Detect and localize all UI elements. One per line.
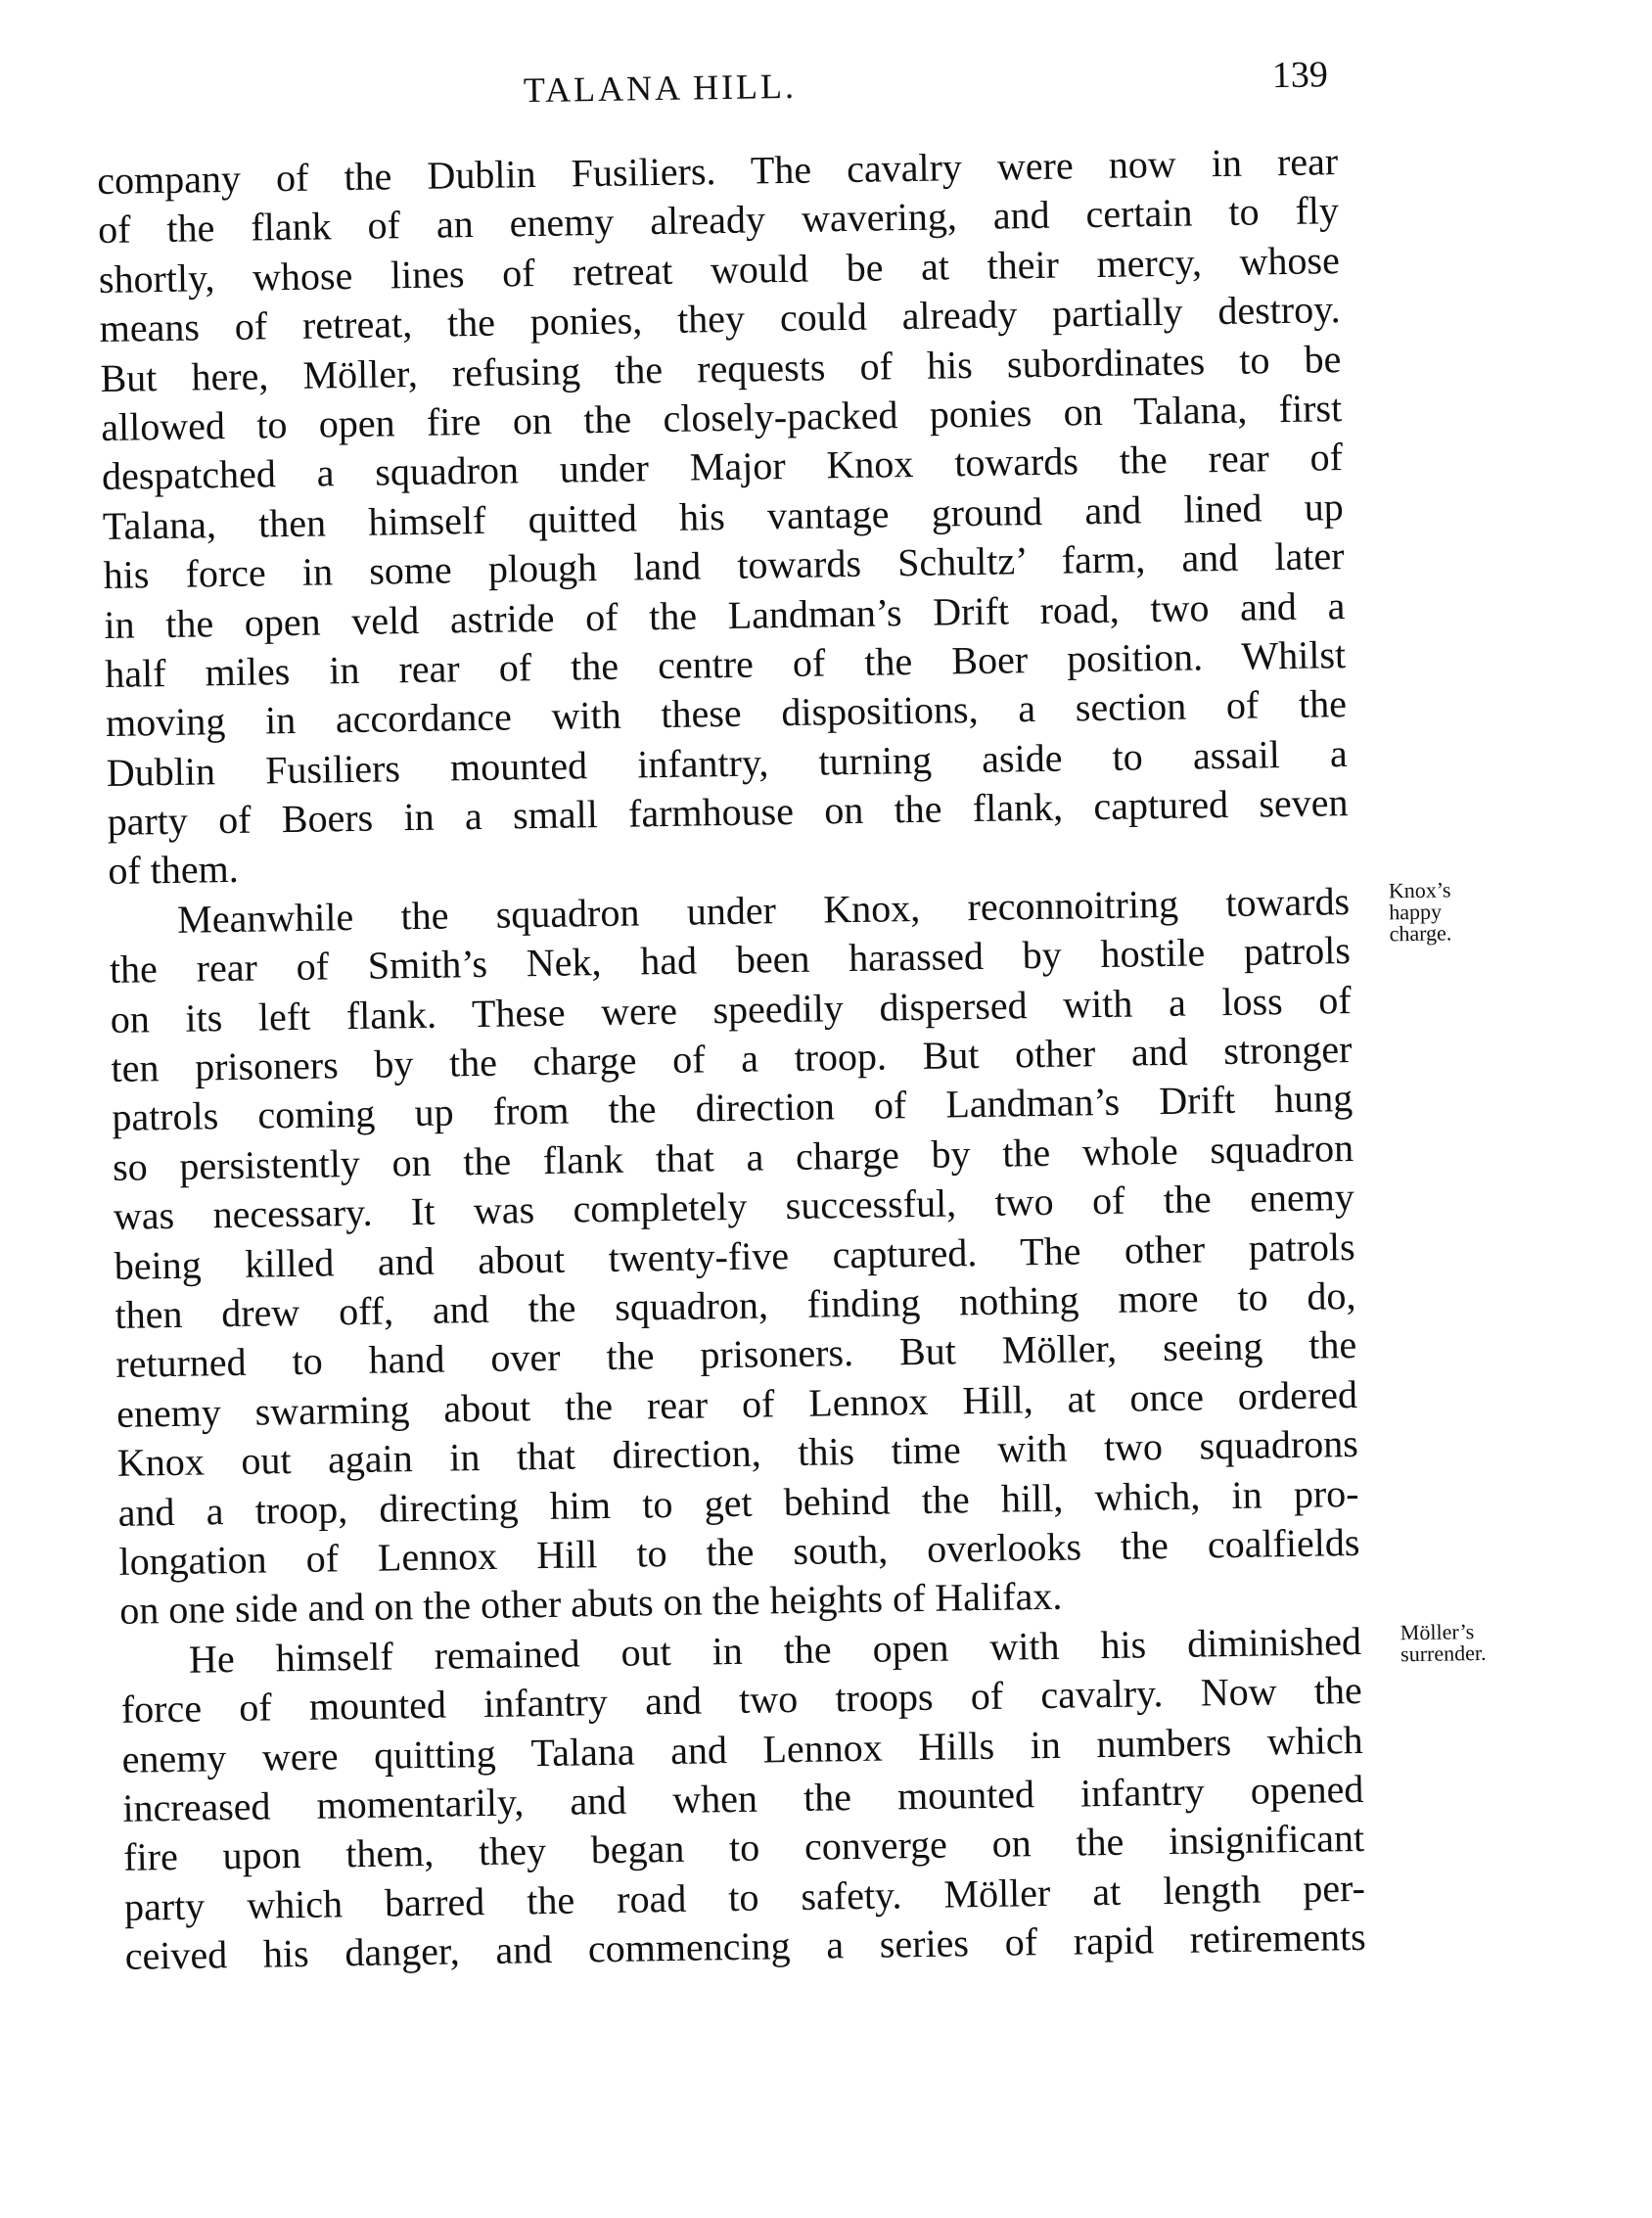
running-head: TALANA HILL. (524, 66, 798, 111)
body-text: company of the Dublin Fusiliers. The cav… (97, 137, 1366, 1981)
margin-note-line: Knox’s (1389, 879, 1451, 901)
margin-note-line: charge. (1389, 922, 1451, 945)
paragraph-1: company of the Dublin Fusiliers. The cav… (97, 137, 1350, 897)
paragraph-3: He himself remained out in the open with… (120, 1617, 1366, 1982)
margin-note-moller: Möller’s surrender. (1400, 1621, 1487, 1665)
page-number: 139 (1271, 53, 1328, 97)
paragraph-2: Meanwhile the squadron under Knox, recon… (109, 877, 1361, 1637)
margin-note-knox: Knox’s happy charge. (1389, 879, 1452, 945)
margin-note-line: surrender. (1400, 1642, 1487, 1665)
book-page: TALANA HILL. 139 company of the Dublin F… (0, 0, 1652, 2218)
